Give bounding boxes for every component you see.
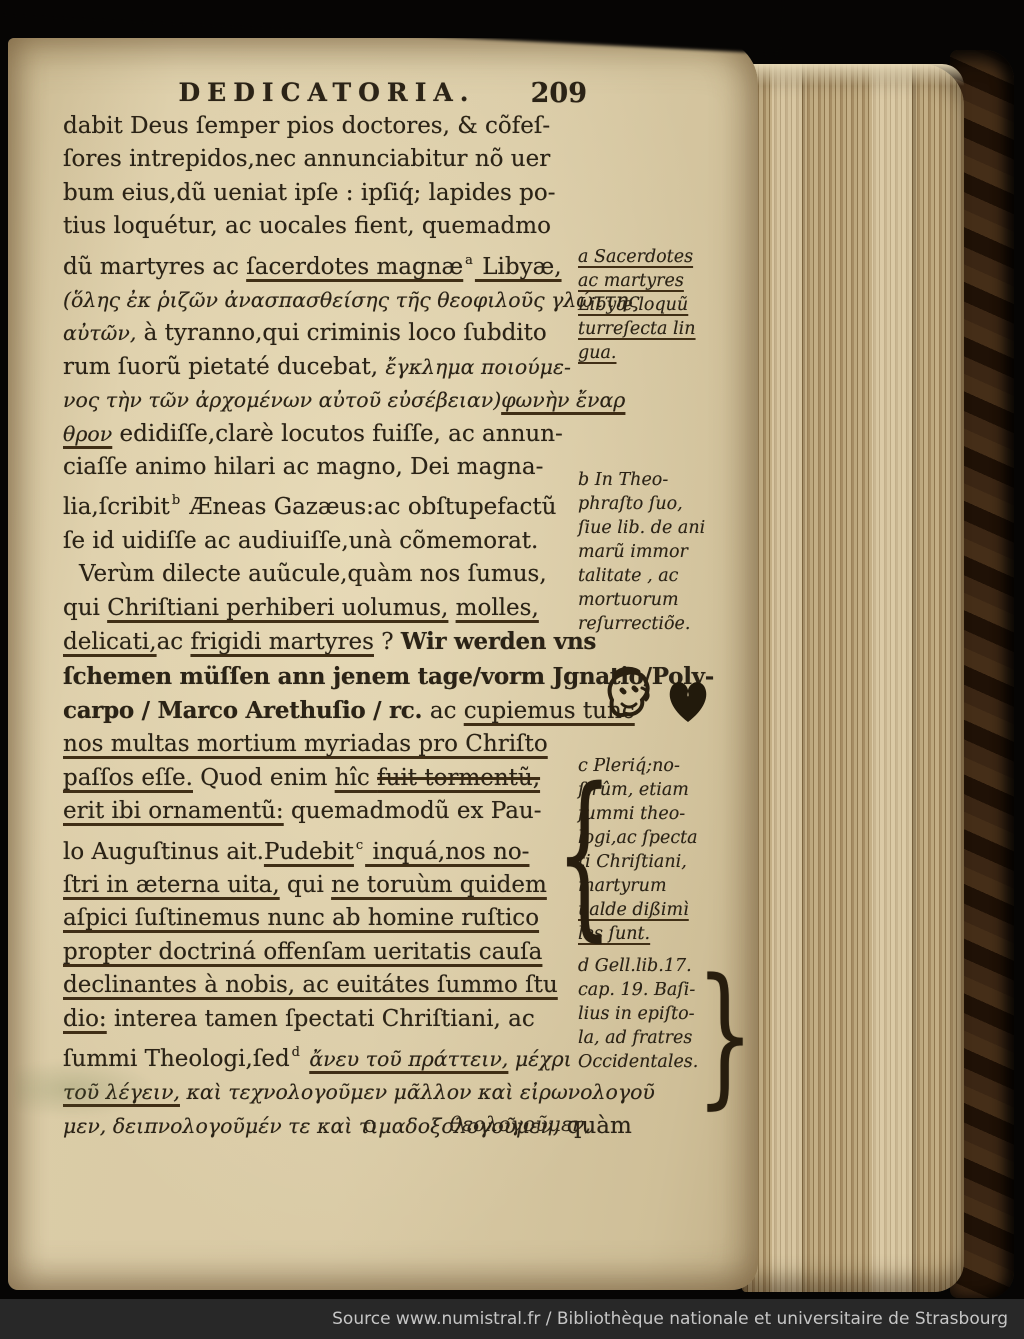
text-segment: inquá,nos no- [365,839,529,865]
margin-note-b: b In Theo-phraſto ſuo,ſiue lib. de anima… [578,468,750,636]
text-line: nos multas mortium myriadas pro Chriſto [63,728,591,761]
text-segment: dio: [63,1006,107,1032]
text-segment: Wir werden vns [401,628,596,655]
text-segment: ac [157,629,191,655]
source-caption: Source www.numistral.fr / Bibliothèque n… [332,1299,1008,1339]
text-segment: θρον [63,422,112,446]
text-segment: erit ibi ornamentũ: [63,798,284,824]
running-header: DEDICATORIA. 209 [63,78,591,112]
margin-note-line: ac martyres [578,269,750,293]
text-segment: delicati, [63,629,157,655]
margin-note-line: b In Theo- [578,468,750,492]
signature-mark: o [363,1112,377,1138]
ink-brace-left-icon: { [556,750,613,957]
margin-note-a: a Sacerdotesac martyresLibyæ loquũturreſ… [578,245,750,365]
text-segment: frigidi martyres [190,629,374,655]
text-segment: bum eius,dũ ueniat ipſe : ipſiq́; lapide… [63,180,556,206]
text-segment: (ὅλης ἐκ ῥιζῶν ἀνασπασθείσης τῆς θεοφιλο… [63,288,639,312]
text-line: αὐτῶν, à tyranno,qui criminis loco ſubdi… [63,317,591,350]
text-segment: ſores intrepidos,nec annunciabitur nõ ue… [63,146,550,172]
text-line: θρον edidiſſe,clarè locutos fuiſſe, ac a… [63,418,591,451]
text-line: delicati,ac frigidi martyres ? Wir werde… [63,625,591,659]
text-segment: dũ martyres ac [63,254,246,280]
margin-note-line: marũ immor [578,540,750,564]
page-number: 209 [531,78,587,109]
text-line: ſtri in æterna uita, qui ne toruùm quide… [63,869,591,902]
text-line: declinantes à nobis, ac euitátes ſummo ſ… [63,969,591,1002]
text-segment: rum ſuorũ pietaté ducebat, [63,354,385,380]
text-segment: αὐτῶν, [63,321,136,345]
text-line: paſſos eſſe. Quod enim hîc fuit tormentũ… [63,762,591,795]
text-line: rum ſuorũ pietaté ducebat, ἔγκλημα ποιού… [63,351,591,384]
text-segment: à tyranno,qui criminis loco ſubdito [136,320,546,346]
text-segment: καὶ τεχνολογοῦμεν μᾶλλον καὶ εἰρωνολογοῦ [180,1080,655,1104]
margin-note-line: turreſecta lin [578,317,750,341]
text-segment: propter doctriná offenſam ueritatis cauſ… [63,939,542,965]
text-line: ſe id uidiſſe ac audiuiſſe,unà cõmemorat… [63,525,591,558]
text-segment: Libyæ, [475,254,562,280]
text-line: ſores intrepidos,nec annunciabitur nõ ue… [63,143,591,176]
text-segment: interea tamen ſpectati Chriſtiani, ac [107,1006,535,1032]
text-segment: quemadmodũ ex Pau- [284,798,542,824]
text-segment: carpo / Marco Arethuſio / rc. [63,697,430,724]
text-line: lo Auguſtinus ait.Pudebitc inquá,nos no- [63,829,591,869]
text-segment: qui [280,872,332,898]
text-segment: ἔγκλημα ποιούμε- [385,355,571,379]
text-segment: Æneas Gazæus:ac obſtupefactũ [182,494,556,520]
text-segment: ne toruùm quidem [331,872,547,898]
footnote-ref: d [292,1045,300,1060]
text-segment: ac [430,698,464,724]
doodle-face-icon [610,669,648,715]
doodle-heart-icon [670,682,707,722]
text-line: (ὅλης ἐκ ῥιζῶν ἀνασπασθείσης τῆς θεοφιλο… [63,284,591,317]
source-caption-bar: Source www.numistral.fr / Bibliothèque n… [0,1299,1024,1339]
text-segment: φωνὴν ἔναρ [501,388,625,412]
margin-note-line: Libyæ loquũ [578,293,750,317]
text-segment: aſpici ſuſtinemus nunc ab homine ruſtico [63,905,539,931]
text-line: qui Chriſtiani perhiberi uolumus, molles… [63,592,591,625]
text-line: bum eius,dũ ueniat ipſe : ipſiq́; lapide… [63,177,591,210]
footnote-ref: a [465,253,473,268]
book-fore-edge-pages [742,64,964,1292]
margin-note-line: a Sacerdotes [578,245,750,269]
text-segment: qui [63,595,107,621]
text-line: dio: interea tamen ſpectati Chriſtiani, … [63,1003,591,1036]
text-segment: fuit tormentũ, [377,765,540,791]
margin-note-line: gua. [578,341,750,365]
footnote-ref: b [172,493,180,508]
text-line: dũ martyres ac ſacerdotes magnæa Libyæ, [63,244,591,284]
text-segment: ſtri in æterna uita, [63,872,280,898]
margin-note-line: talitate , ac [578,564,750,588]
text-segment: ſe id uidiſſe ac audiuiſſe,unà cõmemorat… [63,528,538,554]
text-segment: ? [374,629,401,655]
text-segment: edidiſſe,clarè locutos fuiſſe, ac annun- [112,421,563,447]
text-segment: ciaſſe animo hilari ac magno, Dei magna- [63,454,543,480]
text-segment: lia,ſcribit [63,494,170,520]
text-line: ſchemen müſſen ann jenem tage/vorm Jgnat… [63,660,591,694]
text-segment [448,595,455,621]
margin-note-line: ſiue lib. de ani [578,516,750,540]
text-segment: nos multas mortium myriadas pro Chriſto [63,731,548,757]
text-line: erit ibi ornamentũ: quemadmodũ ex Pau- [63,795,591,828]
footnote-ref: c [356,838,363,853]
text-line: Verùm dilecte auũcule,quàm nos ſumus, [63,558,591,591]
book-page: DEDICATORIA. 209 dabit Deus ſemper pios … [8,38,758,1290]
text-line: ciaſſe animo hilari ac magno, Dei magna- [63,451,591,484]
text-segment: ἄνευ τοῦ πράττειν, [309,1047,508,1071]
text-segment: ſacerdotes magnæ [246,254,463,280]
text-segment: tius loquétur, ac uocales fient, quemadm… [63,213,551,239]
book-scan-photo: DEDICATORIA. 209 dabit Deus ſemper pios … [0,0,1024,1339]
text-segment: μέχρι [508,1047,571,1071]
main-text-block: dabit Deus ſemper pios doctores, & cõfeſ… [63,110,591,1143]
text-line: dabit Deus ſemper pios doctores, & cõfeſ… [63,110,591,143]
text-line: tius loquétur, ac uocales fient, quemadm… [63,210,591,243]
text-segment: dabit Deus ſemper pios doctores, & cõfeſ… [63,113,550,139]
ink-brace-right-icon: } [696,946,754,1123]
text-segment: Pudebit [264,839,354,865]
text-segment: declinantes à nobis, ac euitátes ſummo ſ… [63,972,558,998]
text-segment: νος τὴν τῶν ἀρχομένων αὐτοῦ εὐσέβειαν) [63,388,501,412]
text-segment: hîc [335,765,377,791]
text-segment: lo Auguſtinus ait. [63,839,264,865]
catchword: θεολογοῦμεν, [450,1112,591,1136]
text-line: carpo / Marco Arethuſio / rc. ac cupiemu… [63,694,591,728]
text-line: propter doctriná offenſam ueritatis cauſ… [63,936,591,969]
margin-note-line: reſurrectiõe. [578,612,750,636]
text-line: νος τὴν τῶν ἀρχομένων αὐτοῦ εὐσέβειαν)φω… [63,384,591,417]
margin-note-line: mortuorum [578,588,750,612]
ink-bleedthrough-mark [16,1060,156,1118]
text-segment: Quod enim [193,765,335,791]
page-title: DEDICATORIA. [179,78,476,107]
text-segment: paſſos eſſe. [63,765,193,791]
text-segment: Chriſtiani perhiberi uolumus, [107,595,448,621]
margin-doodle [598,666,716,730]
text-segment: Verùm dilecte auũcule,quàm nos ſumus, [79,561,547,587]
text-line: lia,ſcribitb Æneas Gazæus:ac obſtupefact… [63,484,591,524]
margin-note-line: phraſto ſuo, [578,492,750,516]
text-segment: molles, [456,595,539,621]
text-line: aſpici ſuſtinemus nunc ab homine ruſtico [63,902,591,935]
